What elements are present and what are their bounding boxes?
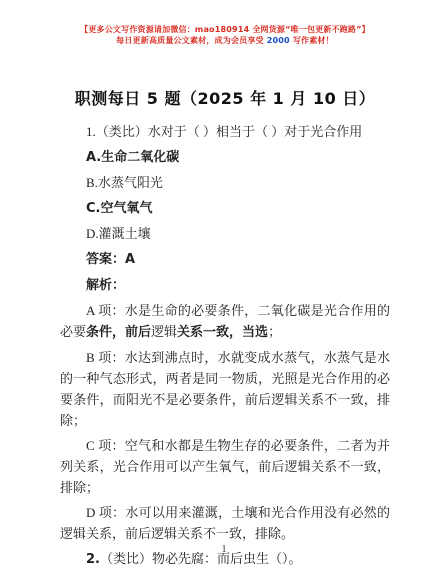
option-b: B.水蒸气阳光 bbox=[60, 172, 390, 193]
analysis-option-a: A 项：水是生命的必要条件，二氧化碳是光合作用的必要条件，前后逻辑关系一致，当选… bbox=[60, 300, 390, 343]
answer-line: 答案：A bbox=[60, 248, 390, 270]
document-page: 【更多公文写作资源请加微信：mao180914 全网货源“唯一包更新不跑路”】 … bbox=[0, 0, 448, 580]
question-1: 1.（类比）水对于（ ）相当于（ ）对于光合作用 bbox=[60, 121, 390, 142]
promo-line-2: 每日更新高质量公文素材，成为会员享受 2000 写作素材！ bbox=[60, 35, 390, 46]
analysis-option-d: D 项：水可以用来灌溉，土壤和光合作用没有必然的逻辑关系，前后逻辑关系不一致，排… bbox=[60, 502, 390, 544]
analysis-label: 解析： bbox=[60, 274, 390, 296]
option-d: D.灌溉土壤 bbox=[60, 223, 390, 244]
option-c: C.空气氧气 bbox=[60, 197, 390, 219]
promo-line-1: 【更多公文写作资源请加微信：mao180914 全网货源“唯一包更新不跑路”】 bbox=[60, 24, 390, 35]
analysis-option-b: B 项：水达到沸点时，水就变成水蒸气，水蒸气是水的一种气态形式，两者是同一物质，… bbox=[60, 347, 390, 431]
page-number: 1 bbox=[0, 543, 448, 555]
document-body: 1.（类比）水对于（ ）相当于（ ）对于光合作用 A.生命二氧化碳 B.水蒸气阳… bbox=[60, 121, 390, 570]
analysis-option-c: C 项：空气和水都是生物生存的必要条件，二者为并列关系，光合作用可以产生氧气，前… bbox=[60, 435, 390, 498]
option-a: A.生命二氧化碳 bbox=[60, 146, 390, 168]
page-title: 职测每日 5 题（2025 年 1 月 10 日） bbox=[60, 86, 390, 109]
